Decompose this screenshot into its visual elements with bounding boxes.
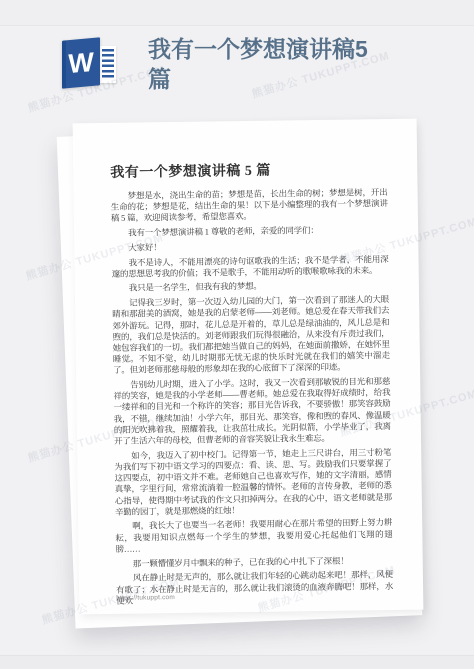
word-icon-sheet (100, 46, 116, 83)
word-icon-sheet-lines (102, 49, 114, 80)
document-paragraph: 啊，我长大了也要当一名老师！我要用耐心在那片希望的田野上努力耕耘，我要用知识点燃… (115, 517, 392, 554)
document-paragraph: 告别幼儿时期，进入了小学。这时，我又一次看到那敏锐的目光和那慈祥的笑容，她是我的… (113, 376, 391, 447)
word-file-icon: W (62, 33, 116, 93)
document-paragraph: 我只是一名学生，但我有我的梦想。 (112, 279, 389, 294)
document-footer-link[interactable]: https://tukuppt.com (116, 594, 175, 602)
page-background: W 我有一个梦想演讲稿5篇 我有一个梦想演讲稿 5 篇 梦想是水，浇出生命的苗；… (0, 0, 474, 669)
document-page: 我有一个梦想演讲稿 5 篇 梦想是水，浇出生命的苗；梦想是苗，长出生命的树；梦想… (73, 119, 424, 615)
document-paragraph: 如今，我迈入了初中校门。记得第一节，她走上三尺讲台，用三寸粉笔为我们写下初中语文… (114, 447, 392, 518)
document-title: 我有一个梦想演讲稿 5 篇 (110, 158, 387, 182)
document-paragraph: 我不是诗人，不能用漂亮的诗句讴歌我的生活；我不是学者，不能用深邃的思想思考我的价… (111, 254, 388, 280)
header: W 我有一个梦想演讲稿5篇 (62, 33, 385, 94)
bottom-divider (0, 655, 474, 669)
document-paragraph: 大家好！ (111, 239, 388, 254)
document-paragraph: 那一颗懵懂岁月中飘来的种子，已在我的心中扎下了深根！ (116, 555, 393, 570)
word-icon-letter: W (68, 48, 93, 77)
document-paragraph: 我有一个梦想演讲稿 1 尊敬的老师，亲爱的同学们： (111, 224, 388, 239)
page-title: 我有一个梦想演讲稿5篇 (148, 33, 385, 94)
top-divider (0, 0, 474, 26)
document-paragraph: 记得我三岁时，第一次迈入幼儿园的大门，第一次看到了那迷人的大眼睛和那甜美的酒窝，… (112, 294, 390, 376)
document-paragraph: 梦想是水，浇出生命的苗；梦想是苗，长出生命的树；梦想是树，开出生命的花；梦想是花… (111, 187, 388, 224)
document-body: 梦想是水，浇出生命的苗；梦想是苗，长出生命的树；梦想是树，开出生命的花；梦想是花… (111, 187, 394, 607)
word-icon-panel: W (62, 37, 100, 88)
